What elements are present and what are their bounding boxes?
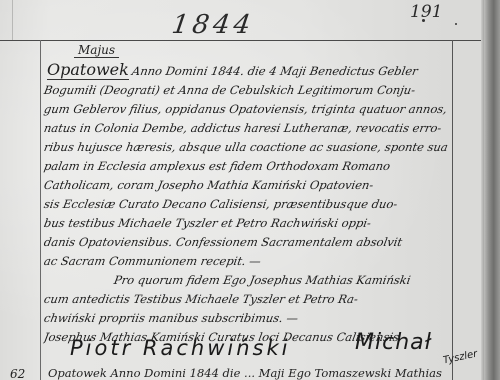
entry-line: gum Geblerov filius, oppidanus Opatovien… bbox=[42, 100, 457, 119]
entry-line: palam in Ecclesia amplexus est fidem Ort… bbox=[42, 157, 457, 176]
page-number: 191 bbox=[410, 2, 442, 22]
entry-line: natus in Colonia Dembe, addictus haresi … bbox=[42, 119, 457, 138]
header-rule bbox=[0, 40, 484, 41]
entry-line: Anno Domini 1844. die 4 Maji Benedictus … bbox=[42, 62, 457, 81]
entry-line: cum antedictis Testibus Michaele Tyszler… bbox=[42, 290, 457, 309]
entry-line: sis Ecclesiæ Curato Decano Calisiensi, p… bbox=[42, 195, 457, 214]
ink-speck bbox=[455, 23, 457, 25]
paper-fold-line bbox=[12, 0, 13, 40]
signature-piotr-rachwinski: Piotr Rachwiński bbox=[70, 336, 290, 360]
book-binding bbox=[484, 0, 500, 380]
entry-line: danis Opatoviensibus. Confessionem Sacra… bbox=[42, 233, 457, 252]
entry-line: Catholicam, coram Josepho Mathia Kamińsk… bbox=[42, 176, 457, 195]
entry-line: ribus hujusce hæresis, absque ulla coact… bbox=[42, 138, 457, 157]
signature-tyszler: Tyszler bbox=[442, 349, 478, 367]
register-page: 1844 191 Majus Opatowek Anno Domini 1844… bbox=[0, 0, 500, 380]
entry-text: Anno Domini 1844. die 4 Maji Benedictus … bbox=[44, 62, 456, 347]
entry-line: Bogumiłi (Deograti) et Anna de Cebulskic… bbox=[42, 81, 457, 100]
left-margin-rule bbox=[40, 40, 41, 380]
year-heading: 1844 bbox=[170, 10, 256, 40]
next-entry-text: Opatowek Anno Domini 1844 die ... Maji E… bbox=[48, 366, 448, 380]
ink-speck bbox=[422, 19, 425, 22]
signature-michal: Michał bbox=[355, 330, 432, 355]
entry-line: Pro quorum fidem Ego Josephus Mathias Ka… bbox=[42, 271, 457, 290]
entry-line: ac Sacram Communionem recepit. — bbox=[42, 252, 457, 271]
entry-line: chwiński propriis manibus subscribimus. … bbox=[42, 309, 457, 328]
month-margin-note: Majus bbox=[74, 43, 119, 58]
next-entry-number: 62 bbox=[10, 367, 25, 380]
entry-line: bus testibus Michaele Tyszler et Petro R… bbox=[42, 214, 457, 233]
